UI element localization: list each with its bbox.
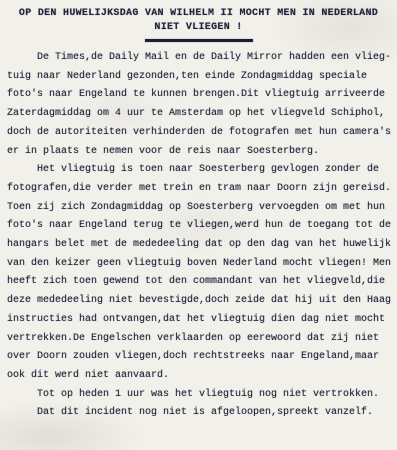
title-underline-rule — [145, 39, 253, 42]
typewritten-line: heeft zich toen gewend tot den commandan… — [7, 273, 393, 292]
typewritten-line: ook dit werd niet aanvaard. — [7, 367, 393, 386]
typewritten-line: Toen zij zich Zondagmiddag op Soesterber… — [7, 199, 393, 218]
typewritten-line: er in plaats te nemen voor de reis naar … — [7, 143, 393, 162]
typewritten-line: Zaterdagmiddag om 4 uur te Amsterdam op … — [7, 105, 393, 124]
typewritten-line: instructies had ontvangen,dat het vliegt… — [7, 311, 393, 330]
typewritten-line: van den keizer geen vliegtuig boven Nede… — [7, 255, 393, 274]
typewritten-line: deze mededeeling niet bevestigde,doch ze… — [7, 292, 393, 311]
typewritten-line: foto's naar Engeland te kunnen brengen.D… — [7, 86, 393, 105]
typewritten-line: Dat dit incident nog niet is afgeloopen,… — [7, 404, 393, 423]
typewritten-line: tuig naar Nederland gezonden,ten einde Z… — [7, 68, 393, 87]
typewritten-line: vertrekken.De Engelschen verklaarden op … — [7, 330, 393, 349]
typewritten-line: fotografen,die verder met trein en tram … — [7, 180, 393, 199]
typewritten-document-page: OP DEN HUWELIJKSDAG VAN WILHELM II MOCHT… — [0, 0, 397, 450]
document-title: OP DEN HUWELIJKSDAG VAN WILHELM II MOCHT… — [0, 0, 397, 42]
typewritten-line: Tot op heden 1 uur was het vliegtuig nog… — [7, 386, 393, 405]
typewritten-line: doch de autoriteiten verhinderden de fot… — [7, 124, 393, 143]
typewritten-line: De Times,de Daily Mail en de Daily Mirro… — [7, 49, 393, 68]
document-body: De Times,de Daily Mail en de Daily Mirro… — [7, 49, 393, 423]
typewritten-line: Het vliegtuig is toen naar Soesterberg g… — [7, 161, 393, 180]
typewritten-line: hangars belet met de mededeeling dat op … — [7, 236, 393, 255]
document-title-line-1: OP DEN HUWELIJKSDAG VAN WILHELM II MOCHT… — [0, 7, 397, 21]
document-title-line-2: NIET VLIEGEN ! — [0, 21, 397, 35]
typewritten-line: foto's naar Engeland terug te vliegen,we… — [7, 217, 393, 236]
typewritten-line: over Doorn zouden vliegen,doch rechtstre… — [7, 348, 393, 367]
